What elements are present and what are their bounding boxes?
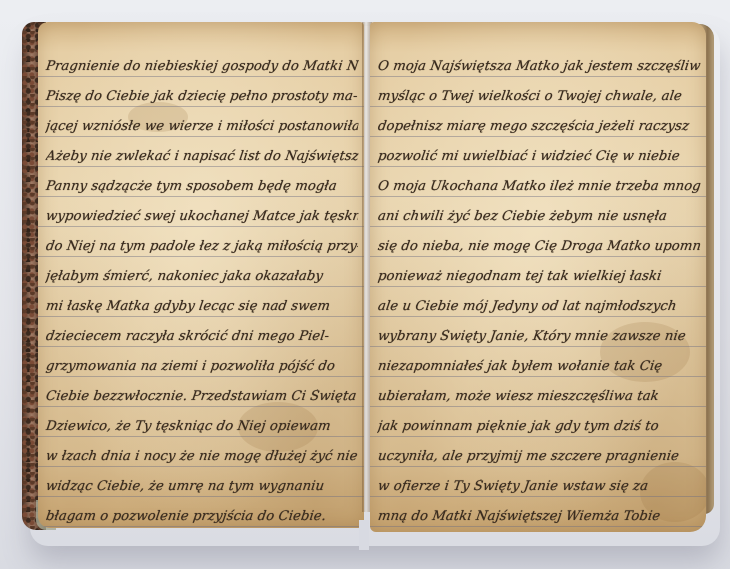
rule-line (38, 376, 364, 377)
right-page: O moja Najświętsza Matko jak jestem szcz… (370, 22, 706, 532)
rule-line (370, 106, 706, 107)
rule-line (370, 286, 706, 287)
rule-line (370, 226, 706, 227)
handwritten-line: się do nieba, nie mogę Cię Droga Matko u… (377, 239, 701, 254)
rule-line (370, 376, 706, 377)
handwritten-line: Ażeby nie zwlekać i napisać list do Najś… (45, 149, 359, 164)
right-page-lines: O moja Najświętsza Matko jak jestem szcz… (370, 22, 706, 532)
gutter-gap (359, 520, 369, 550)
rule-line (38, 406, 364, 407)
handwritten-line: do Niej na tym padole łez z jaką miłości… (45, 239, 359, 254)
handwritten-line: widząc Ciebie, że umrę na tym wygnaniu (45, 479, 359, 494)
handwritten-line: Dziewico, że Ty tęskniąc do Niej opiewam (45, 419, 359, 434)
handwritten-line: pozwolić mi uwielbiać i widzieć Cię w ni… (377, 149, 701, 164)
handwritten-line: ubierałam, może wiesz mieszczęśliwa tak (377, 389, 701, 404)
rule-line (370, 436, 706, 437)
handwritten-line: Piszę do Ciebie jak dziecię pełno prosto… (45, 89, 359, 104)
handwritten-line: Pragnienie do niebieskiej gospody do Mat… (45, 59, 359, 74)
rule-line (38, 526, 364, 527)
rule-line (38, 256, 364, 257)
rule-line (370, 256, 706, 257)
rule-line (38, 166, 364, 167)
left-page-lines: Pragnienie do niebieskiej gospody do Mat… (38, 22, 364, 528)
handwritten-line: ani chwili żyć bez Ciebie żebym nie usnę… (377, 209, 701, 224)
handwritten-line: w ofierze i Ty Święty Janie wstaw się za (377, 479, 701, 494)
handwritten-line: dzieciecem raczyła skrócić dni mego Piel… (45, 329, 359, 344)
handwritten-line: wypowiedzieć swej ukochanej Matce jak tę… (45, 209, 359, 224)
rule-line (370, 316, 706, 317)
rule-line (370, 526, 706, 527)
rule-line (370, 166, 706, 167)
rule-line (38, 346, 364, 347)
handwritten-line: mi łaskę Matka gdyby lecąc się nad swem (45, 299, 359, 314)
handwritten-line: O moja Ukochana Matko ileż mnie trzeba m… (377, 179, 701, 194)
left-page: Pragnienie do niebieskiej gospody do Mat… (38, 22, 364, 528)
rule-line (370, 76, 706, 77)
rule-line (370, 346, 706, 347)
handwritten-line: jak powinnam pięknie jak gdy tym dziś to (377, 419, 701, 434)
handwritten-line: uczyniła, ale przyjmij me szczere pragni… (377, 449, 701, 464)
rule-line (370, 406, 706, 407)
rule-line (370, 496, 706, 497)
rule-line (370, 196, 706, 197)
rule-line (38, 136, 364, 137)
rule-line (370, 136, 706, 137)
handwritten-line: dopełnisz miarę mego szczęścia jeżeli ra… (377, 119, 701, 134)
handwritten-line: wybrany Święty Janie, Który mnie zawsze … (377, 329, 701, 344)
rule-line (38, 496, 364, 497)
handwritten-line: mną do Matki Najświętszej Wiemża Tobie (377, 509, 701, 524)
rule-line (38, 316, 364, 317)
handwritten-line: Ciebie bezzwłocznie. Przedstawiam Ci Świ… (45, 389, 359, 404)
rule-line (38, 436, 364, 437)
handwritten-line: myśląc o Twej wielkości o Twojej chwale,… (377, 89, 701, 104)
rule-line (38, 286, 364, 287)
handwritten-line: jęłabym śmierć, nakoniec jaka okazałaby (45, 269, 359, 284)
handwritten-line: niezapomniałeś jak byłem wołanie tak Cię (377, 359, 701, 374)
rule-line (38, 466, 364, 467)
handwritten-line: O moja Najświętsza Matko jak jestem szcz… (377, 59, 701, 74)
handwritten-line: ponieważ niegodnam tej tak wielkiej łask… (377, 269, 701, 284)
handwritten-line: błagam o pozwolenie przyjścia do Ciebie. (45, 509, 359, 524)
rule-line (38, 196, 364, 197)
handwritten-line: Panny sądzącże tym sposobem będę mogła (45, 179, 359, 194)
rule-line (370, 466, 706, 467)
handwritten-line: w łzach dnia i nocy że nie mogę dłużej ż… (45, 449, 359, 464)
rule-line (38, 106, 364, 107)
handwritten-line: grzymowania na ziemi i pozwoliła pójść d… (45, 359, 359, 374)
handwritten-line: ale u Ciebie mój Jedyny od lat najmłodsz… (377, 299, 701, 314)
handwritten-line: jącej wzniósłe we wierze i miłości posta… (45, 119, 359, 134)
rule-line (38, 226, 364, 227)
rule-line (38, 76, 364, 77)
